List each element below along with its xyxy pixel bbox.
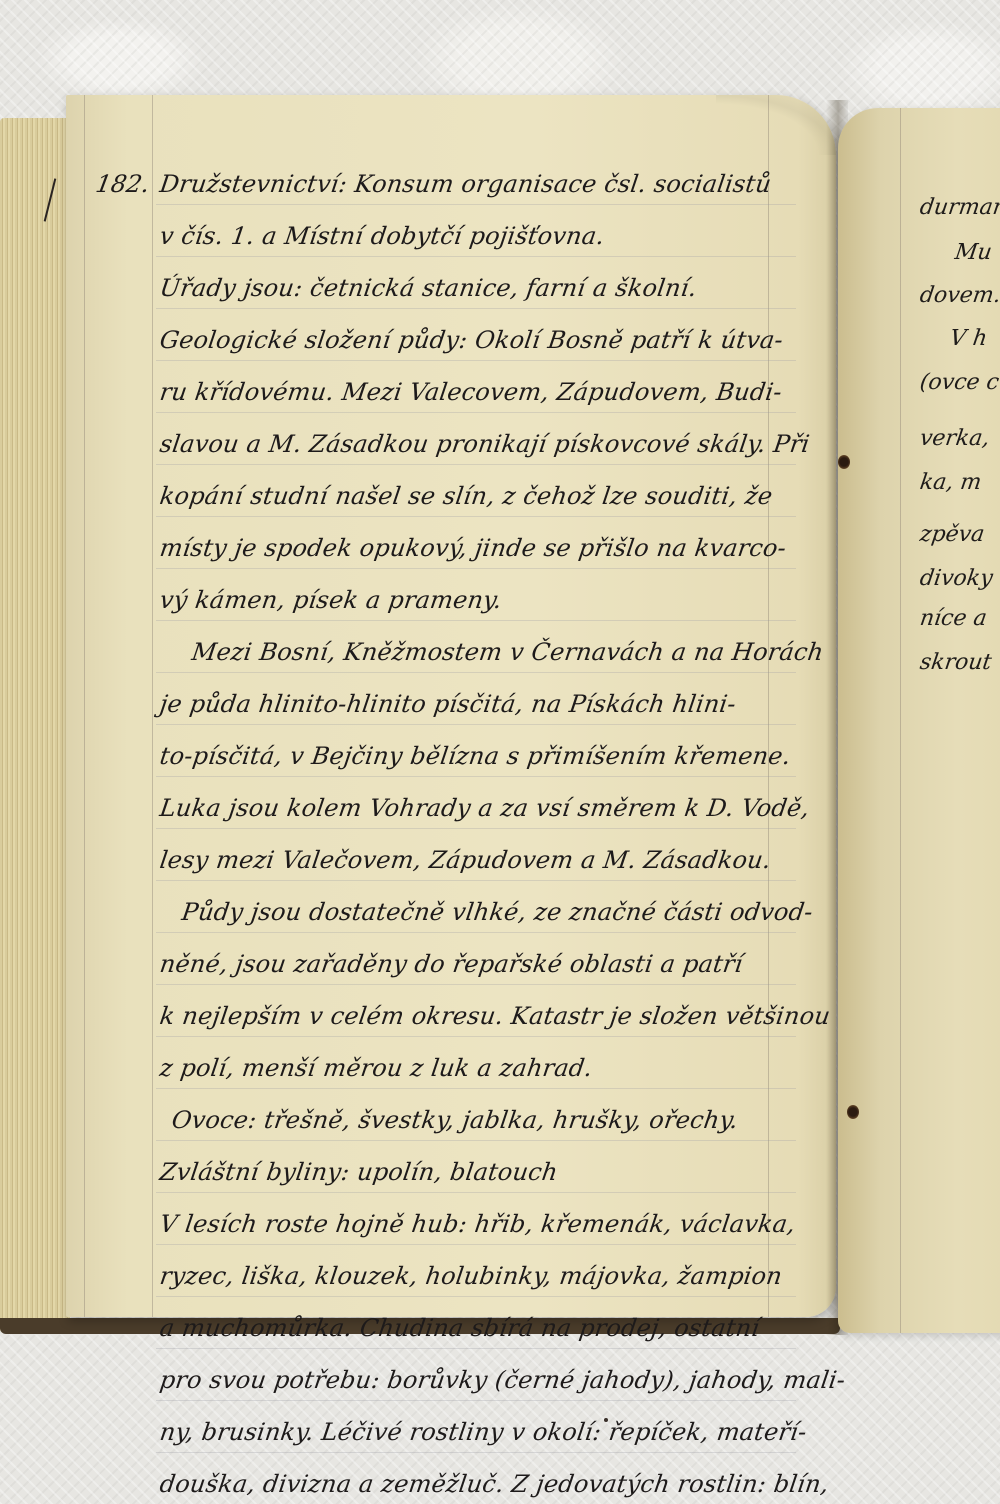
ruled-line [156,412,796,413]
right-page-line: divoky [918,566,994,591]
text-line: slavou a M. Zásadkou pronikají pískovcov… [158,430,812,458]
text-line: Ovoce: třešně, švestky, jablka, hrušky, … [170,1106,740,1134]
ruled-line [156,464,796,465]
ruled-line [156,828,796,829]
right-page-line: níce a [918,606,988,631]
right-page-line: durman [918,195,1000,220]
right-page-line: dovem. [918,283,1000,308]
text-line: ryzec, liška, klouzek, holubinky, májovk… [158,1262,784,1290]
binding-hole-lower [847,1105,859,1119]
ruled-line [156,568,796,569]
text-line: je půda hlinito-hlinito písčitá, na Písk… [158,690,738,718]
ruled-line [156,360,796,361]
ruled-line [156,1348,796,1349]
right-page-line: zpěva [918,522,986,547]
text-line: a muchomůrka. Chudina sbírá na prodej, o… [158,1314,761,1342]
ruled-line [156,204,796,205]
right-page-line: V h [948,326,989,351]
entry-number: 182. [94,170,152,198]
ruled-line [156,1192,796,1193]
ruled-line [156,256,796,257]
ruled-line [156,776,796,777]
text-line: kopání studní našel se slín, z čehož lze… [158,482,774,510]
text-line-indented: Půdy jsou dostatečně vlhké, ze značné čá… [180,898,815,926]
margin-line-left [152,95,153,1317]
text-line: v čís. 1. a Místní dobytčí pojišťovna. [158,222,606,250]
text-line: Zvláštní byliny: upolín, blatouch [158,1158,560,1186]
text-line: k nejlepším v celém okresu. Katastr je s… [158,1002,832,1030]
right-page-line: skrout [918,650,993,675]
text-line: ny, brusinky. Léčivé rostliny v okolí: ř… [158,1418,808,1446]
text-line: lesy mezi Valečovem, Zápudovem a M. Zása… [158,846,773,874]
text-line: Úřady jsou: četnická stanice, farní a šk… [158,274,699,302]
margin-line-right [768,95,769,1317]
right-page-line: ka, m [918,470,983,495]
ruled-line [156,1140,796,1141]
text-line: Družstevnictví: Konsum organisace čsl. s… [158,170,773,198]
ruled-line [156,932,796,933]
ruled-line [156,880,796,881]
ruled-line [156,620,796,621]
text-line: douška, divizna a zeměžluč. Z jedovatých… [158,1470,831,1498]
ruled-line [156,1296,796,1297]
page-curl [716,95,836,155]
ruled-line [156,672,796,673]
ruled-line [156,1452,796,1453]
right-page-line: verka, [918,426,991,451]
ruled-line [156,516,796,517]
page-stack-edge [0,118,70,1333]
right-page-margin-line [900,108,901,1333]
text-line: pro svou potřebu: borůvky (černé jahody)… [158,1366,847,1394]
text-line: z polí, menší měrou z luk a zahrad. [158,1054,594,1082]
ruled-line [156,1088,796,1089]
ruled-line [156,1244,796,1245]
text-line: vý kámen, písek a prameny. [158,586,504,614]
ruled-line [156,1400,796,1401]
ruled-line [156,1036,796,1037]
text-line: místy je spodek opukový, jinde se přišlo… [158,534,788,562]
text-line: to-písčitá, v Bejčiny bělízna s přimíšen… [158,742,793,770]
right-page-line: Mu [953,240,993,265]
ruled-line [156,984,796,985]
text-line-indented: Mezi Bosní, Kněžmostem v Černavách a na … [190,638,825,666]
text-line: ru křídovému. Mezi Valecovem, Zápudovem,… [158,378,784,406]
ruled-line [156,308,796,309]
text-line: Geologické složení půdy: Okolí Bosně pat… [158,326,785,354]
ruled-line [156,724,796,725]
text-line: něné, jsou zařaděny do řepařské oblasti … [158,950,745,978]
text-line: Luka jsou kolem Vohrady a za vsí směrem … [158,794,811,822]
margin-line-outer [84,95,85,1317]
text-line: V lesích roste hojně hub: hřib, křemenák… [158,1210,797,1238]
right-page-line: (ovce c [918,370,1000,395]
binding-hole-upper [838,455,850,469]
